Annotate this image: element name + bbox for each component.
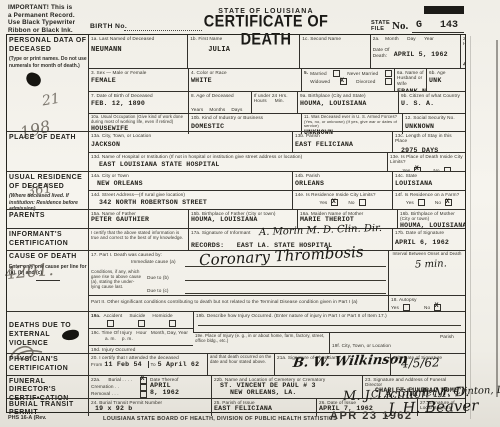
removal-label: Removal . . . xyxy=(91,391,119,396)
section-title: DEATHS DUE TO EXTERNAL VIOLENCE xyxy=(9,322,87,348)
field-label-13c: 13c. Length of Stay in this Place xyxy=(395,133,463,144)
accident-checkbox xyxy=(107,320,114,327)
divorced-checkbox xyxy=(385,78,392,85)
field-label-19e: 19e. Place of Injury (e. g., in or about… xyxy=(195,334,327,344)
no-label: No xyxy=(348,200,354,205)
state-file-label: STATE FILE xyxy=(371,20,390,32)
interval-label: Interval Between Onset and Death xyxy=(391,252,463,257)
section-informant: INFORMANT'S CERTIFICATION I certify that… xyxy=(7,228,465,250)
attended-from-value: 11 Feb 54 xyxy=(104,361,141,368)
field-label-1c: 1c. Second Name xyxy=(302,36,367,41)
field-label-18: 18. Autopsy xyxy=(391,297,463,302)
residence-farm-no-checkbox: X xyxy=(445,199,452,206)
field-label-3: 3. Sex — Male or Female xyxy=(91,70,186,75)
section-usual-residence: USUAL RESIDENCE OF DECEASED (Where decea… xyxy=(7,171,465,209)
homicide-label: Homicide xyxy=(152,313,172,318)
section-title: USUAL RESIDENCE OF DECEASED xyxy=(9,174,87,191)
part2-label: Part II. Other significant conditions co… xyxy=(91,299,386,304)
divorced-label: Divorced xyxy=(356,79,375,84)
deceased-first-name: JULIA xyxy=(208,46,297,54)
field-label-14f: 14f. Is Residence on a Farm? xyxy=(395,192,463,197)
armed-forces-note: (Yes, no, or unknown) (If yes, give war … xyxy=(304,120,400,129)
residence-parish-value: ORLEANS xyxy=(295,180,390,187)
suicide-label: Suicide xyxy=(129,313,145,318)
cremation-checkbox xyxy=(140,384,147,391)
personal-data-label-col: PERSONAL DATA OF DECEASED (Type or print… xyxy=(7,35,89,131)
cremation-label: Cremation . . xyxy=(91,384,119,389)
street-address-value: 342 NORTH ROBERTSON STREET xyxy=(99,199,290,206)
file-no-label: No. xyxy=(392,20,408,32)
father-name-value: PETER GAUTHIER xyxy=(91,216,186,223)
redaction-box xyxy=(424,6,464,14)
agency-line: LOUISIANA STATE BOARD OF HEALTH, DIVISIO… xyxy=(100,416,340,422)
section-title: PLACE OF DEATH xyxy=(9,134,87,143)
permanent-record-notice: IMPORTANT! This is a Permanent Record. U… xyxy=(8,4,126,35)
date-of-death-sublabel: Date Of Death: xyxy=(373,47,391,58)
section-external-violence: DEATHS DUE TO EXTERNAL VIOLENCE 19a. Acc… xyxy=(7,311,465,353)
immediate-cause-label: Immediate cause (a) xyxy=(131,259,176,264)
file-number-underline xyxy=(412,32,464,33)
residence-farm-no-mark: X xyxy=(446,198,450,205)
permit-parish-value: EAST FELICIANA xyxy=(214,405,314,412)
field-label-1b: 1b. First Name xyxy=(190,36,297,41)
no-label: No xyxy=(424,305,430,310)
hospital-value: EAST LOUISIANA STATE HOSPITAL xyxy=(99,161,385,168)
section-personal-data: PERSONAL DATA OF DECEASED (Type or print… xyxy=(7,35,465,131)
father-birthplace-value: HOUMA, LOUISIANA xyxy=(191,216,295,223)
field-label-14c: 14c. State xyxy=(395,173,463,178)
certificate-header: IMPORTANT! This is a Permanent Record. U… xyxy=(0,0,500,34)
burial-label: Burial . . . . xyxy=(108,377,132,382)
ssn-value: UNKNOWN xyxy=(405,123,463,130)
age-years-label: Years xyxy=(191,107,203,112)
field-label-10a: 10a. Usual Occupation (Give kind of work… xyxy=(91,115,186,125)
section-title: CAUSE OF DEATH xyxy=(9,253,87,262)
death-parish-value: EAST FELICIANA xyxy=(295,141,390,148)
burial-checkbox: X xyxy=(140,377,147,384)
hour-col-label: Hour xyxy=(136,330,147,335)
yes-label: Yes xyxy=(406,200,414,205)
informant-certify-text: I certify that the above stated informat… xyxy=(91,230,186,240)
homicide-checkbox xyxy=(169,320,176,327)
field-label-9b: 9b. Citizen of what Country xyxy=(401,93,463,98)
section-note: (Type or print names. Do not use numeral… xyxy=(9,56,87,69)
section-place-of-death: PLACE OF DEATH 13a. City, Town, or Locat… xyxy=(7,131,465,171)
section-note: Enter only one cause per line for (a), (… xyxy=(9,264,87,277)
section-title: INFORMANT'S CERTIFICATION xyxy=(9,231,87,248)
autopsy-no-mark: X xyxy=(435,302,439,309)
field-label-1a: 1a. Last Named of Deceased xyxy=(91,36,185,41)
field-label-19a: 19a. xyxy=(91,313,101,318)
suicide-checkbox xyxy=(138,320,145,327)
field-label-9a: 9a. Birthplace (City and State) xyxy=(300,93,396,98)
field-label-6a: 6a. Name of Husband or Wife xyxy=(397,70,424,86)
due-to-c-label: Due to (c) xyxy=(147,288,169,293)
spouse-name-value: FRANK NEUMANN xyxy=(397,88,424,91)
residence-city-limits-yes-checkbox: X xyxy=(331,199,338,206)
field-label-13e: 13e. Is Place of Death Inside City Limit… xyxy=(390,154,463,165)
field-label-14a: 14a. City or Town xyxy=(91,173,290,178)
yes-label: Yes xyxy=(391,305,399,310)
residence-state-value: LOUISIANA xyxy=(395,180,463,187)
conditions-note: Conditions, if any, which gave rise to a… xyxy=(91,270,143,290)
field-label-14b: 14b. Parish xyxy=(295,173,390,178)
field-label-4: 4. Color or Race xyxy=(191,70,299,75)
residence-limits-yes-mark: X xyxy=(332,198,336,205)
hour-of-death-value: 4:45 xyxy=(463,61,465,68)
state-file-number: G 143 xyxy=(416,20,458,31)
pm-label: p. m. xyxy=(122,336,133,341)
field-label-12: 12. Social Security No. xyxy=(405,115,463,120)
field-label-10b: 10b. Kind of Industry or Business xyxy=(191,115,299,120)
mdy-col-label: Month, Day, Year xyxy=(151,330,188,335)
page-fold-line xyxy=(470,36,471,419)
section-cause-of-death: CAUSE OF DEATH Enter only one cause per … xyxy=(7,250,465,311)
field-label-17b: 17b. Date of Signature xyxy=(395,230,463,235)
birth-date-value: FEB. 12, 1890 xyxy=(91,100,186,107)
field-label-14d: 14d. Street Address—(If rural give locat… xyxy=(91,192,290,197)
informant-date-value: APRIL 6, 1962 xyxy=(395,239,463,246)
field-label-16b: 16b. Birthplace of Mother (City or town) xyxy=(400,211,463,222)
autopsy-no-checkbox: X xyxy=(434,304,441,311)
injury-parish-label: Parish xyxy=(440,334,454,339)
accident-label: Accident xyxy=(104,313,123,318)
burial-date-day-year: 8, 1962 xyxy=(150,389,209,396)
field-label-5: 5. xyxy=(304,70,308,85)
citizen-value: U. S. A. xyxy=(401,100,463,107)
age-months-label: Months xyxy=(209,107,225,112)
field-label-2a: 2a. Month Day Year xyxy=(373,36,458,41)
sex-value: FEMALE xyxy=(91,77,186,84)
field-label-6b: 6b. Age xyxy=(429,70,463,75)
section-title: PARENTS xyxy=(9,212,87,221)
age-days-label: Days xyxy=(231,107,242,112)
field-label-13b: 13b. Parish xyxy=(295,133,390,138)
residence-farm-yes-checkbox xyxy=(418,199,425,206)
death-city-value: JACKSON xyxy=(91,141,290,148)
autopsy-yes-checkbox xyxy=(403,304,410,311)
birthplace-value: HOUMA, LOUISIANA xyxy=(300,100,396,107)
widowed-label: Widowed xyxy=(310,79,330,84)
field-label-22a: 22a. xyxy=(91,377,101,382)
death-certificate-form: PERSONAL DATA OF DECEASED (Type or print… xyxy=(6,34,466,413)
interval-value: 5 min. xyxy=(415,259,447,271)
birth-no-label: BIRTH No. xyxy=(90,23,127,30)
yes-label: Yes xyxy=(319,200,327,205)
residence-city-value: NEW ORLEANS xyxy=(97,180,290,187)
death-occurred-note: and that death occurred on the date and … xyxy=(210,355,272,365)
to-label: To xyxy=(151,362,156,367)
industry-value: DOMESTIC xyxy=(191,123,299,130)
scan-edge-shadow xyxy=(496,40,498,397)
no-label: No xyxy=(435,200,441,205)
married-label: Married xyxy=(310,71,327,76)
deceased-last-name: NEUMANN xyxy=(91,46,185,54)
field-label-13d: 13d. Name of Hospital or Institution (If… xyxy=(91,154,385,159)
am-label: a. m. xyxy=(105,336,116,341)
widowed-checkbox: X xyxy=(340,78,347,85)
never-married-label: Never Married xyxy=(347,71,378,76)
cemetery-city-value: NEW ORLEANS, LA. xyxy=(230,389,360,396)
race-value: WHITE xyxy=(191,77,299,84)
residence-city-limits-no-checkbox xyxy=(359,199,366,206)
field-label-19b: 19b. Describe how Injury Occurred. (Ente… xyxy=(196,313,463,318)
hours-label: Hours xyxy=(254,98,267,103)
min-label: Min. xyxy=(275,98,284,103)
never-married-checkbox xyxy=(385,70,392,77)
from-label: From xyxy=(91,362,102,367)
field-label-13a: 13a. City, Town, or Location xyxy=(91,133,290,138)
cemetery-name-value: ST. VINCENT DE PAUL # 3 xyxy=(220,382,360,389)
widowed-check-mark: X xyxy=(340,77,344,84)
permit-number-value: 19 x 92 b xyxy=(95,405,209,412)
field-label-7: 7. Date of Birth of Deceased xyxy=(91,93,186,98)
physician-sign-date: 4/5/62 xyxy=(401,356,440,371)
length-of-stay-value: 2975 DAYS xyxy=(401,147,463,152)
burial-mark: X xyxy=(141,376,145,383)
removal-checkbox xyxy=(140,391,147,398)
section-title: PHYSICIAN'S CERTIFICATION xyxy=(9,356,87,373)
due-to-b-label: Due to (b) xyxy=(147,275,169,280)
field-label-19f: 19f. City, Town, or Location xyxy=(332,343,391,348)
date-of-death-value: APRIL 5, 1962 xyxy=(394,51,448,58)
form-number: PHS 16-A (Rev. xyxy=(8,415,46,421)
field-label-14e: 14e. Is Residence Inside City Limits? xyxy=(295,192,390,197)
spouse-age-value: UNK xyxy=(429,77,463,84)
burial-date-month: APRIL xyxy=(150,382,209,389)
attended-to-value: 5 April 62 xyxy=(158,361,200,368)
section-parents: PARENTS 15a. Name of Father PETER GAUTHI… xyxy=(7,209,465,228)
section-physician: PHYSICIAN'S CERTIFICATION 20. I certify … xyxy=(7,353,465,374)
section-title: PERSONAL DATA OF DECEASED xyxy=(9,37,87,54)
